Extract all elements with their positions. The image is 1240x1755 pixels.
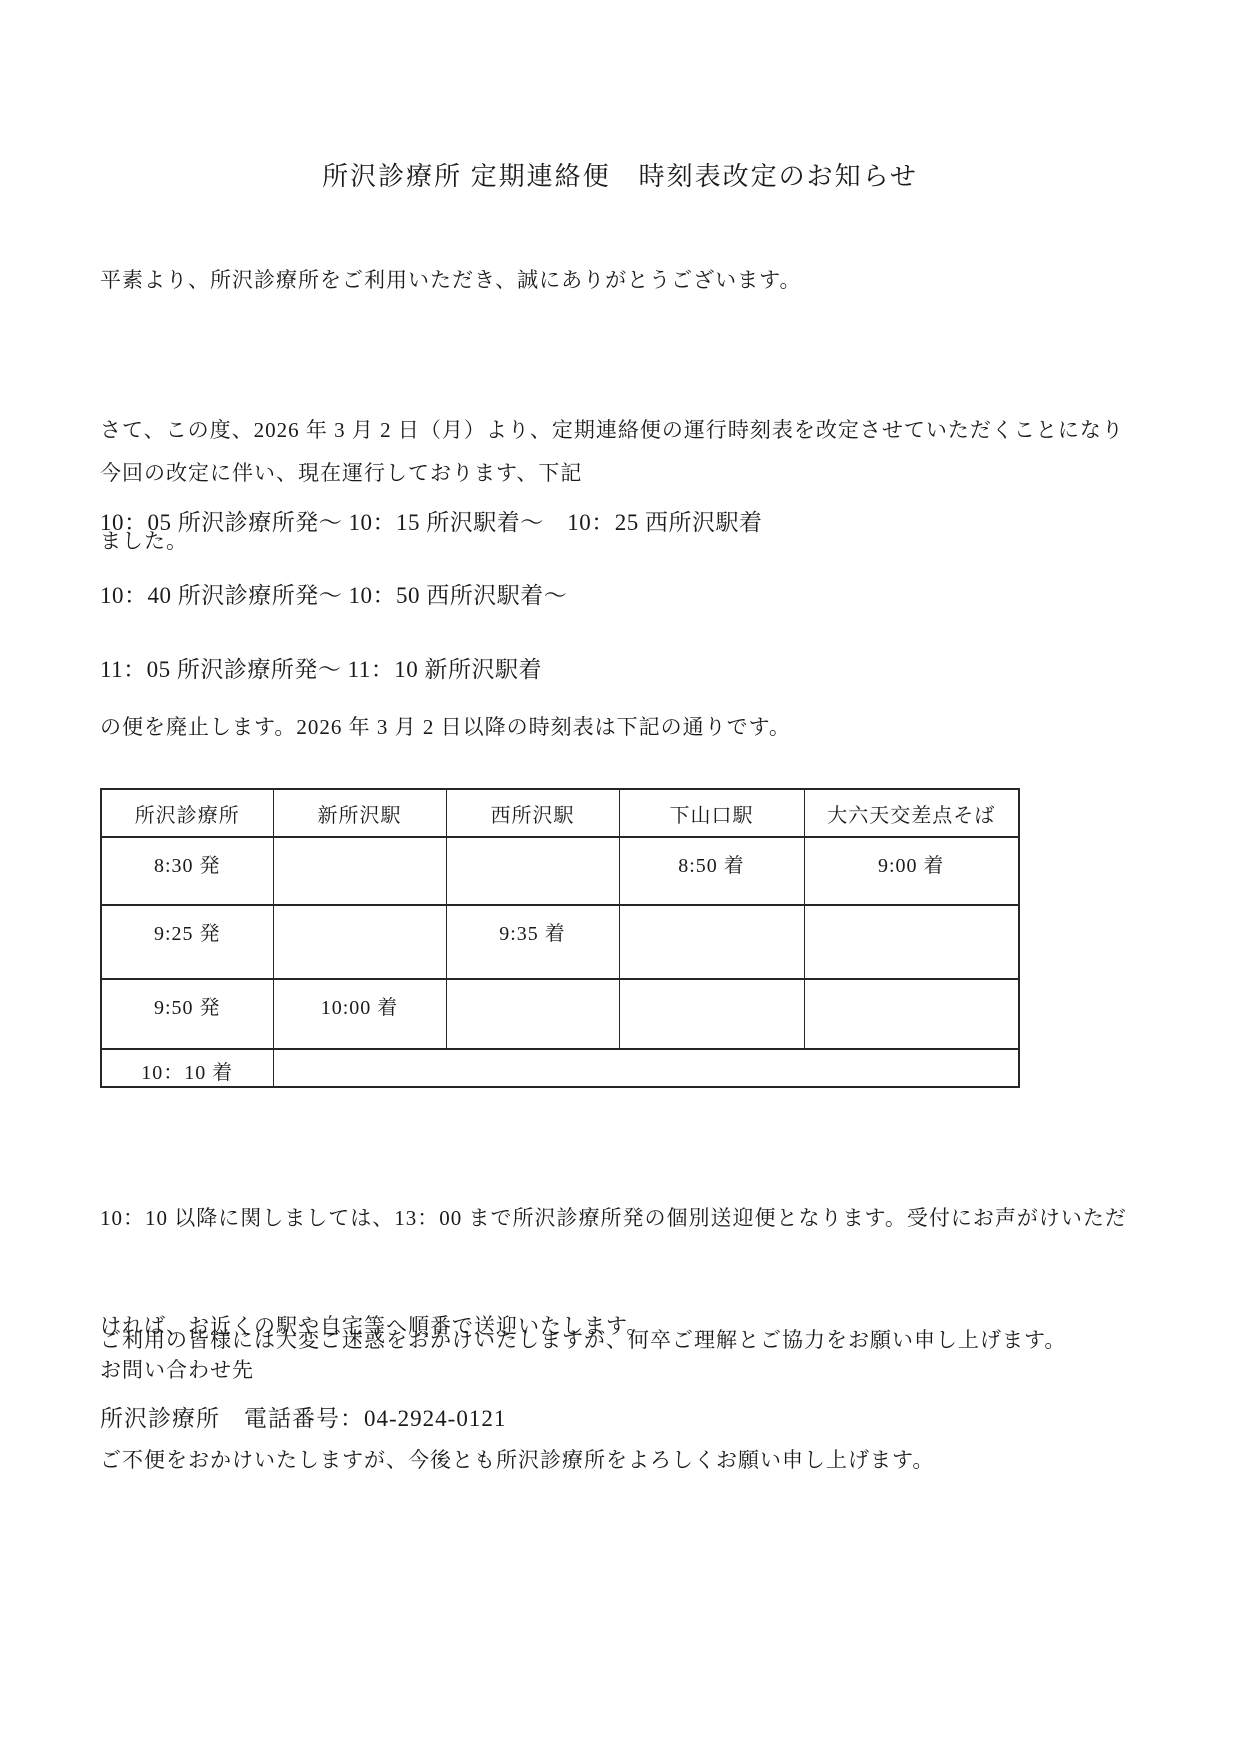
timetable: 所沢診療所 新所沢駅 西所沢駅 下山口駅 大六天交差点そば 8:30 発 8:5…: [100, 788, 1020, 1088]
contact-label: お問い合わせ先: [100, 1352, 1140, 1389]
page-title: 所沢診療所 定期連絡便 時刻表改定のお知らせ: [100, 156, 1140, 193]
notice-document-page: 所沢診療所 定期連絡便 時刻表改定のお知らせ 平素より、所沢診療所をご利用いただ…: [0, 0, 1240, 1755]
intro-line-1: さて、この度、2026 年 3 月 2 日（月）より、定期連絡便の運行時刻表を改…: [100, 412, 1140, 449]
timetable-cell: [804, 979, 1019, 1049]
timetable-cell: [619, 979, 804, 1049]
contact-info: 所沢診療所 電話番号：04-2924-0121: [100, 1400, 1140, 1433]
timetable-cell: 10:00 着: [273, 979, 446, 1049]
apology-line-2: ご不便をおかけいたしますが、今後とも所沢診療所をよろしくお願い申し上げます。: [100, 1440, 1140, 1480]
timetable-row: 8:30 発 8:50 着 9:00 着: [101, 837, 1019, 905]
timetable-cell: 9:25 発: [101, 905, 273, 979]
timetable-row: 9:25 発 9:35 着: [101, 905, 1019, 979]
timetable-cell: [619, 905, 804, 979]
abolish-note: の便を廃止します。2026 年 3 月 2 日以降の時刻表は下記の通りです。: [100, 709, 1140, 746]
timetable-header-row: 所沢診療所 新所沢駅 西所沢駅 下山口駅 大六天交差点そば: [101, 789, 1019, 837]
timetable-column-header: 下山口駅: [619, 789, 804, 837]
timetable-cell: 10：10 着: [101, 1049, 273, 1087]
timetable-merged-cell: [273, 1049, 1019, 1087]
revision-note: 今回の改定に伴い、現在運行しております、下記: [100, 455, 1140, 492]
timetable-row: 10：10 着: [101, 1049, 1019, 1087]
timetable-cell: [273, 905, 446, 979]
timetable-column-header: 西所沢駅: [446, 789, 619, 837]
discontinued-run-2: 10：40 所沢診療所発～ 10：50 西所沢駅着～: [100, 577, 1140, 610]
timetable-row: 9:50 発 10:00 着: [101, 979, 1019, 1049]
discontinued-run-3: 11：05 所沢診療所発～ 11：10 新所沢駅着: [100, 651, 1140, 684]
timetable-column-header: 新所沢駅: [273, 789, 446, 837]
greeting-paragraph: 平素より、所沢診療所をご利用いただき、誠にありがとうございます。: [100, 262, 1140, 299]
timetable-cell: [446, 979, 619, 1049]
timetable-cell: 9:00 着: [804, 837, 1019, 905]
timetable-column-header: 大六天交差点そば: [804, 789, 1019, 837]
timetable-cell: [804, 905, 1019, 979]
after-note-line-1: 10：10 以降に関しましては、13：00 まで所沢診療所発の個別送迎便となりま…: [100, 1200, 1140, 1236]
discontinued-run-1: 10：05 所沢診療所発～ 10：15 所沢駅着～ 10：25 西所沢駅着: [100, 504, 1140, 537]
timetable-cell: 9:35 着: [446, 905, 619, 979]
timetable-section: 所沢診療所 新所沢駅 西所沢駅 下山口駅 大六天交差点そば 8:30 発 8:5…: [100, 788, 1140, 1088]
timetable-cell: 8:30 発: [101, 837, 273, 905]
timetable-cell: 9:50 発: [101, 979, 273, 1049]
timetable-column-header: 所沢診療所: [101, 789, 273, 837]
timetable-cell: [446, 837, 619, 905]
timetable-cell: 8:50 着: [619, 837, 804, 905]
timetable-cell: [273, 837, 446, 905]
